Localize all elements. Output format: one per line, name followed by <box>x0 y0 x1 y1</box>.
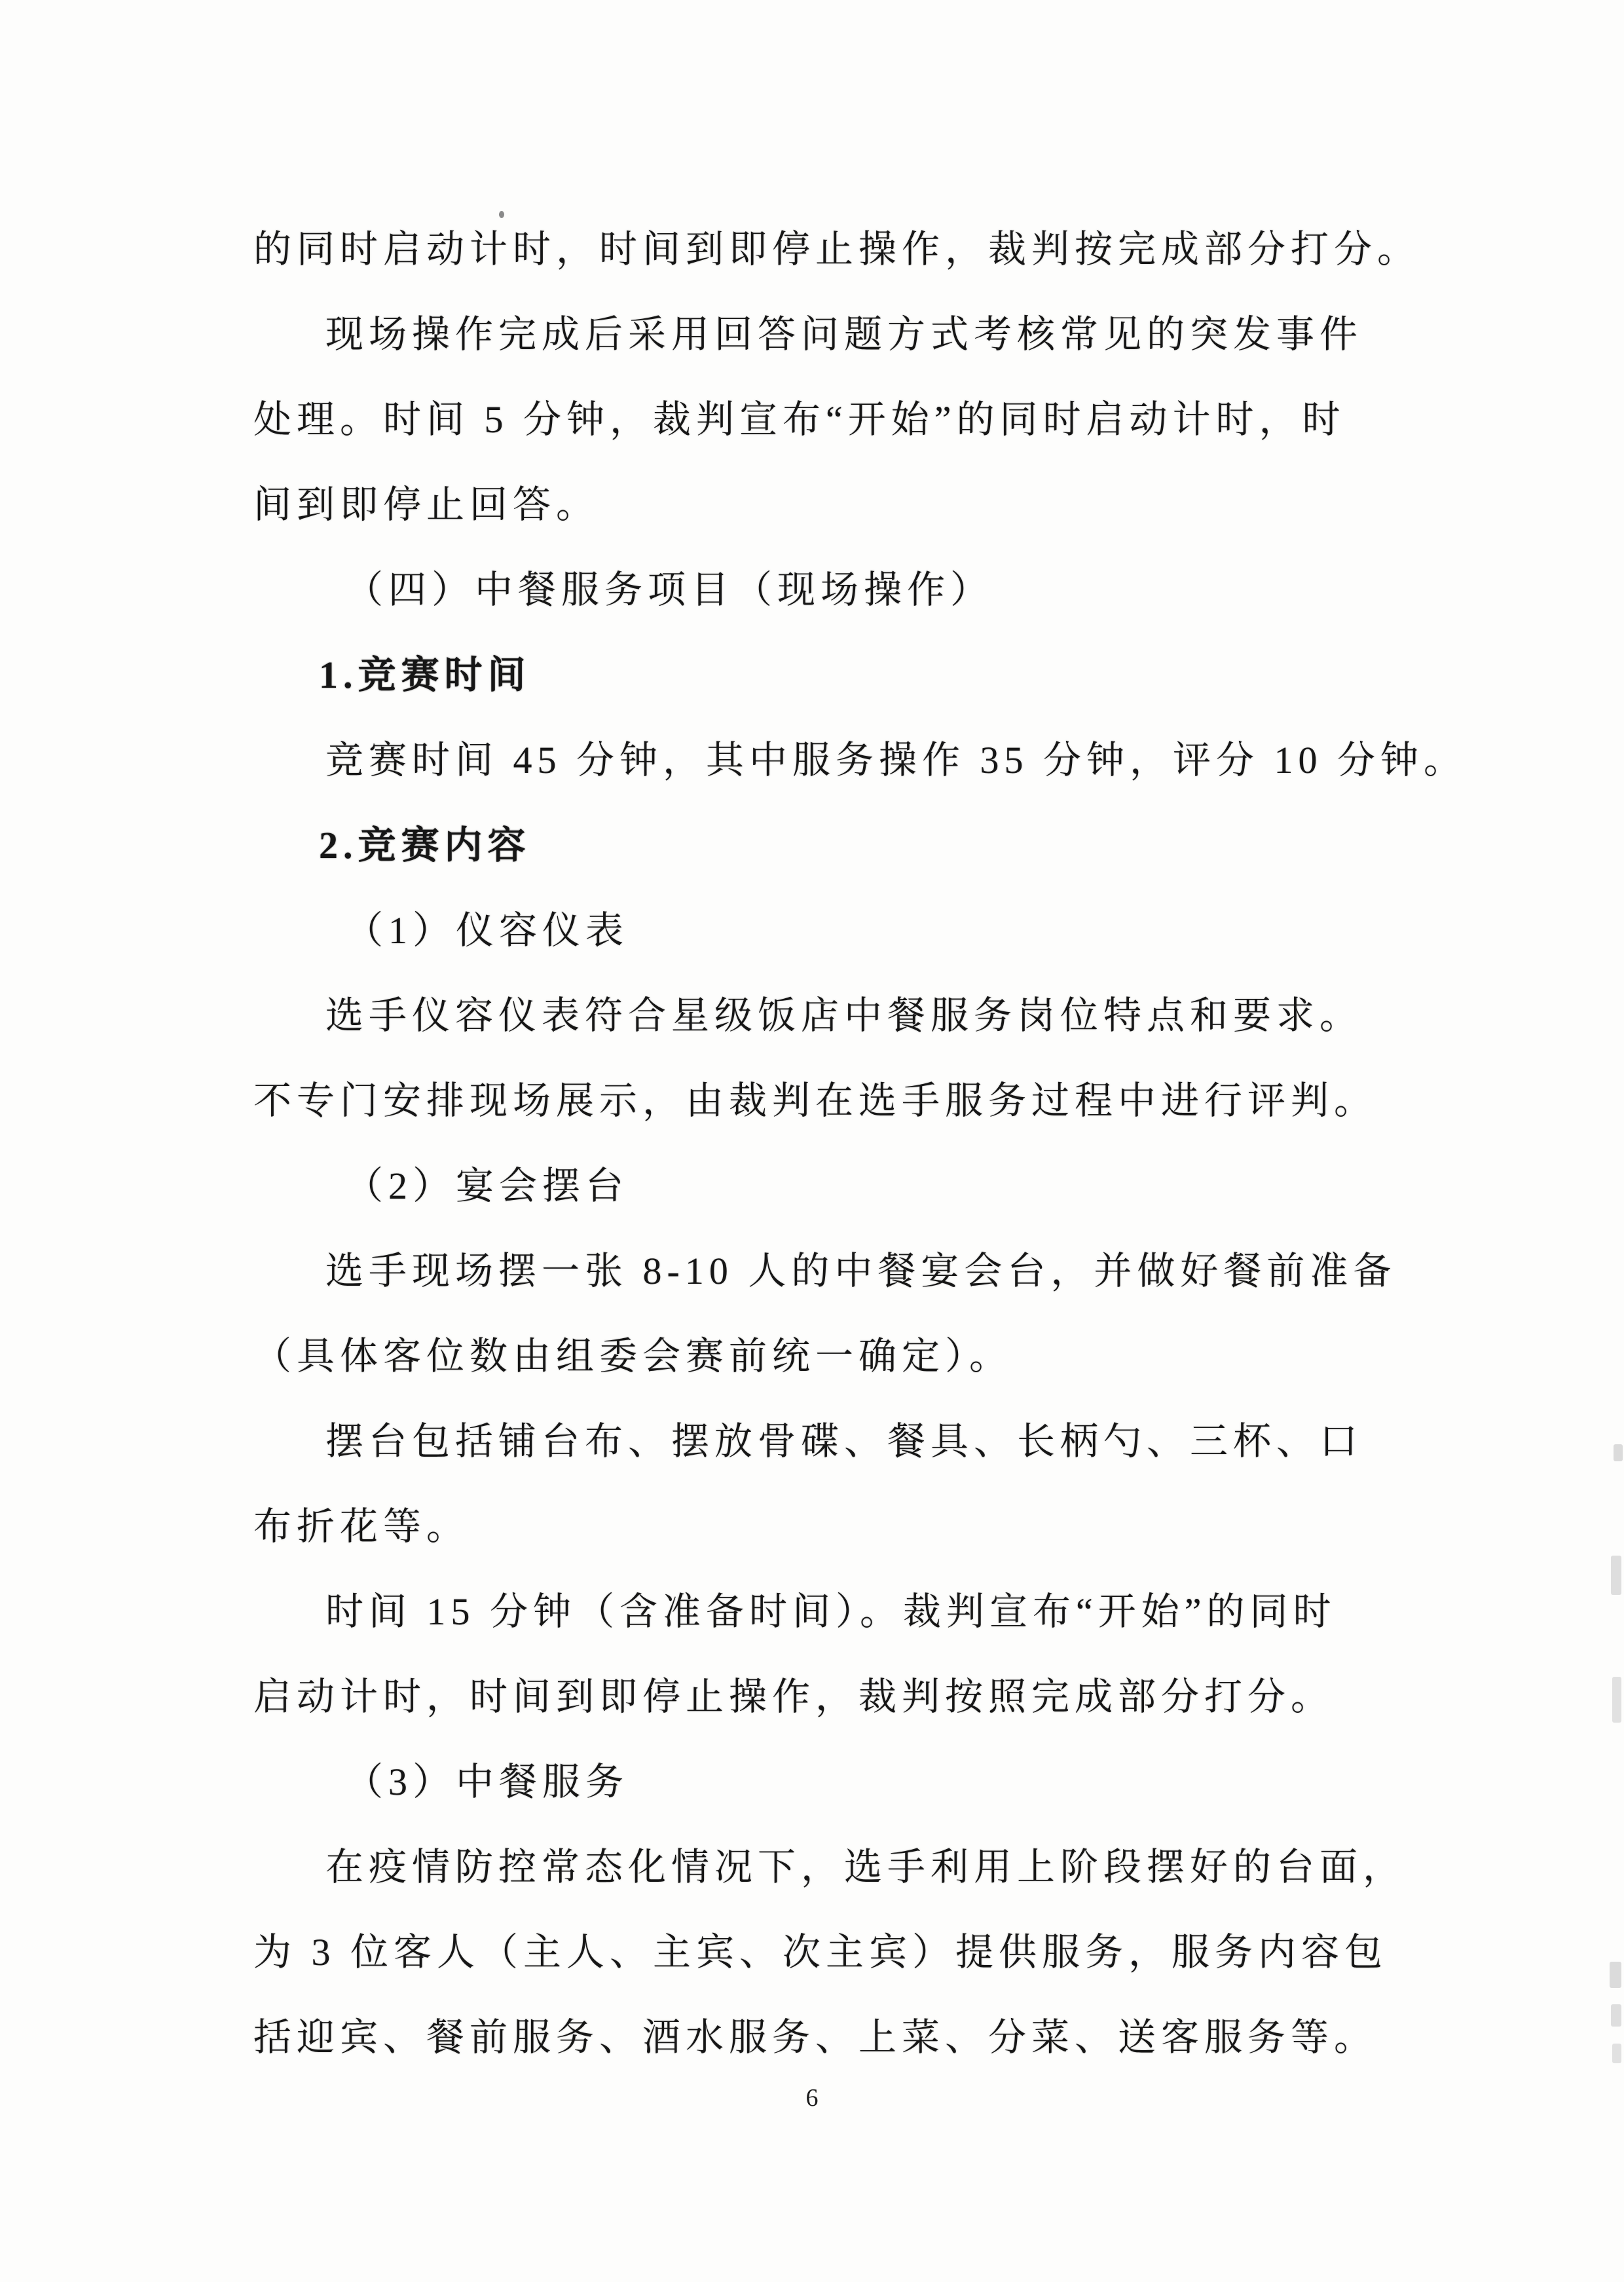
scan-artifact <box>1614 1444 1623 1461</box>
text-line: 间到即停止回答。 <box>253 462 1452 548</box>
text-line: 启动计时，时间到即停止操作，裁判按照完成部分打分。 <box>253 1655 1452 1740</box>
text-line: 不专门安排现场展示，由裁判在选手服务过程中进行评判。 <box>253 1058 1452 1144</box>
scan-artifact <box>1611 2004 1621 2027</box>
text-line: （1）仪容仪表 <box>253 888 1452 973</box>
scan-speck <box>499 211 504 218</box>
text-line: 选手现场摆一张 8-10 人的中餐宴会台，并做好餐前准备 <box>253 1229 1452 1314</box>
text-line: （具体客位数由组委会赛前统一确定）。 <box>253 1314 1452 1399</box>
text-line: 现场操作完成后采用回答问题方式考核常见的突发事件 <box>253 292 1452 377</box>
text-line: 处理。时间 5 分钟，裁判宣布“开始”的同时启动计时，时 <box>253 377 1452 462</box>
text-line: 竞赛时间 45 分钟，其中服务操作 35 分钟，评分 10 分钟。 <box>253 718 1452 803</box>
scan-artifact <box>1611 1556 1621 1595</box>
scan-artifact <box>1612 1677 1621 1723</box>
text-line: （3）中餐服务 <box>253 1740 1452 1825</box>
text-line: 括迎宾、餐前服务、酒水服务、上菜、分菜、送客服务等。 <box>253 1995 1452 2080</box>
document-body: 的同时启动计时，时间到即停止操作，裁判按完成部分打分。现场操作完成后采用回答问题… <box>253 207 1452 2080</box>
text-line: 的同时启动计时，时间到即停止操作，裁判按完成部分打分。 <box>253 207 1452 292</box>
page-number: 6 <box>0 2082 1624 2114</box>
document-page: 的同时启动计时，时间到即停止操作，裁判按完成部分打分。现场操作完成后采用回答问题… <box>0 0 1624 2282</box>
text-line: 为 3 位客人（主人、主宾、次主宾）提供服务，服务内容包 <box>253 1910 1452 1995</box>
text-line: （2）宴会摆台 <box>253 1144 1452 1229</box>
text-line: 在疫情防控常态化情况下，选手利用上阶段摆好的台面， <box>253 1825 1452 1910</box>
text-line: 1.竞赛时间 <box>253 633 1452 718</box>
text-line: 选手仪容仪表符合星级饭店中餐服务岗位特点和要求。 <box>253 973 1452 1058</box>
scan-artifact <box>1610 1962 1621 1988</box>
text-line: 摆台包括铺台布、摆放骨碟、餐具、长柄勺、三杯、口 <box>253 1399 1452 1484</box>
text-line: 时间 15 分钟（含准备时间）。裁判宣布“开始”的同时 <box>253 1569 1452 1655</box>
text-line: 2.竞赛内容 <box>253 803 1452 888</box>
text-line: （四）中餐服务项目（现场操作） <box>253 548 1452 633</box>
scan-artifact <box>1612 2044 1621 2063</box>
text-line: 布折花等。 <box>253 1484 1452 1569</box>
